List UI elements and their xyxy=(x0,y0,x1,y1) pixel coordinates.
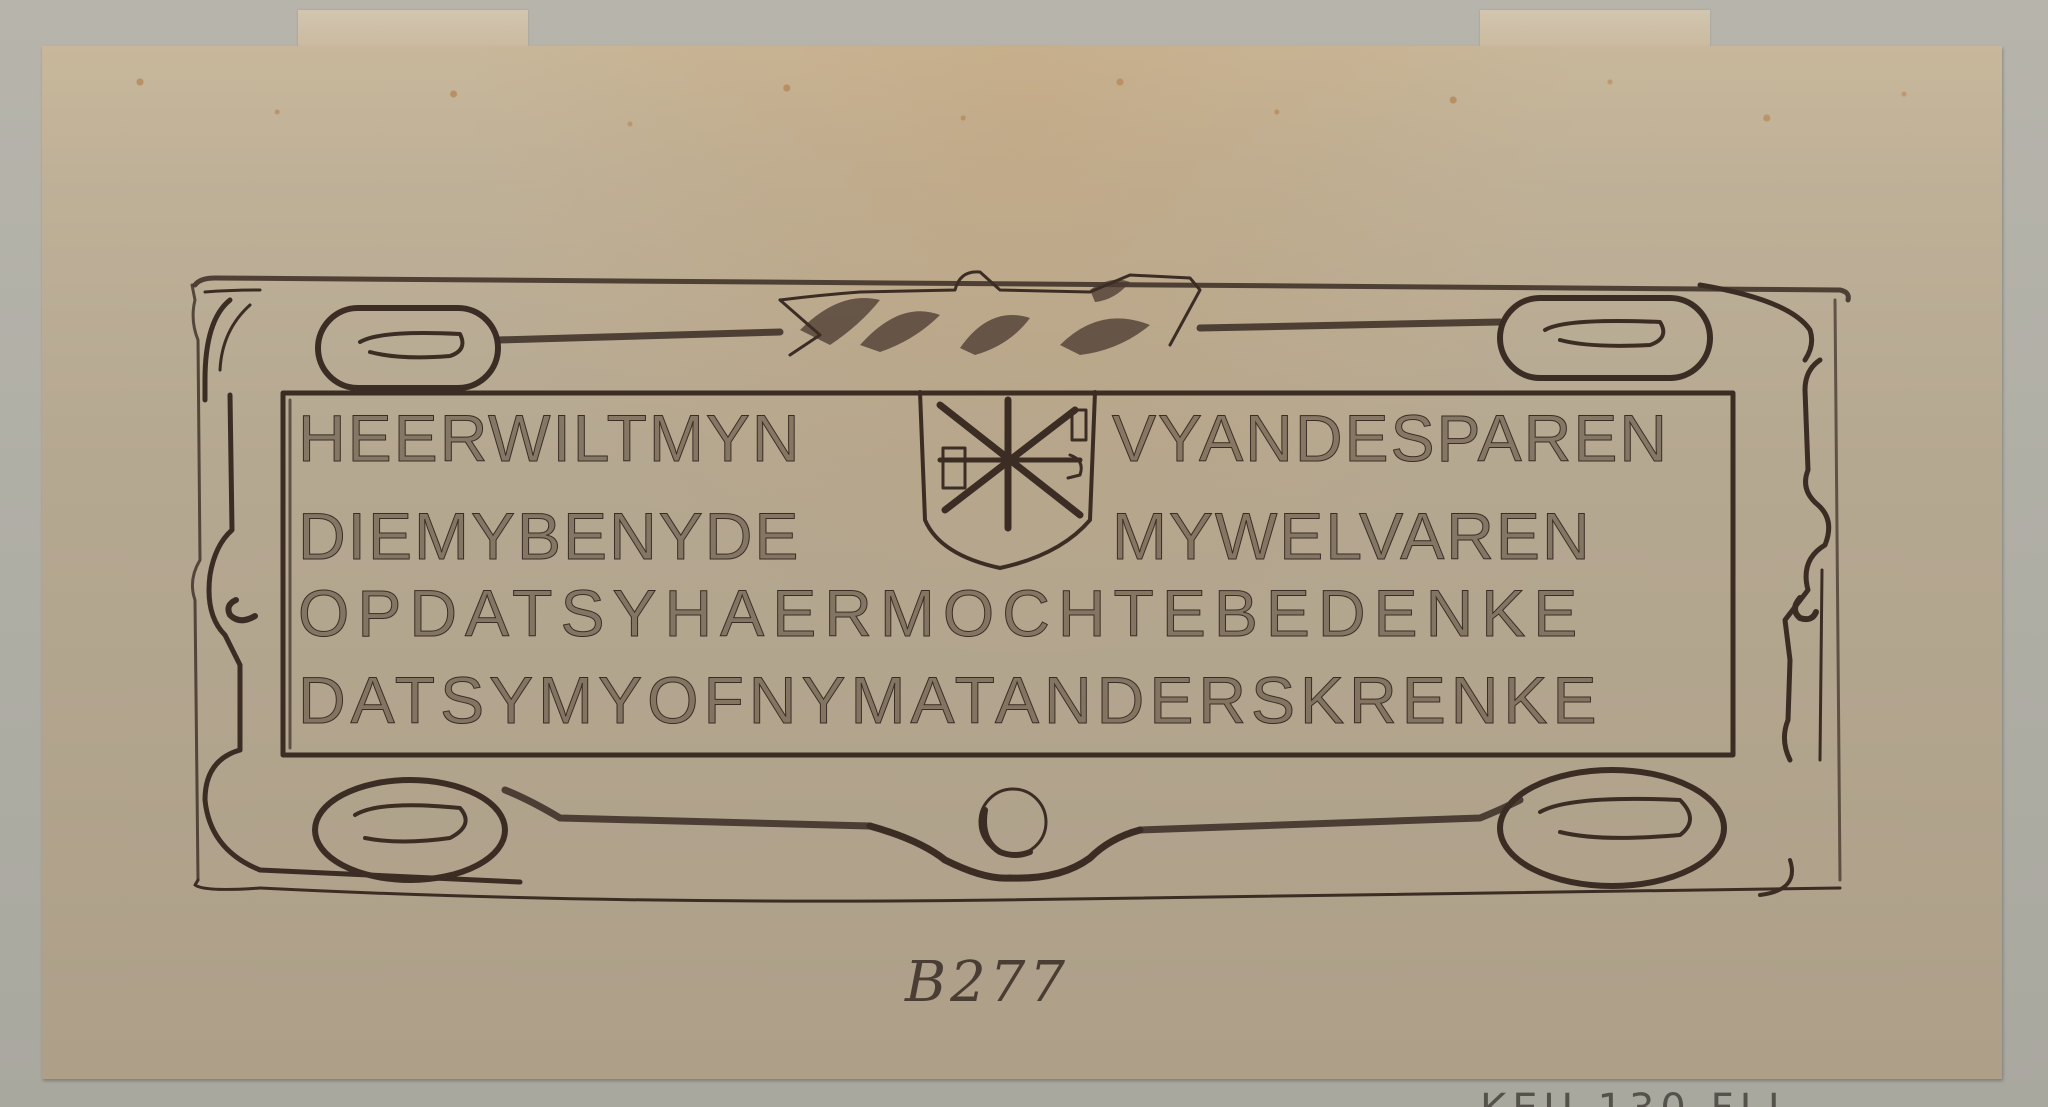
leaf-ornament xyxy=(800,280,1150,355)
inscription-line-3: OPDATSYHAERMOCHTEBEDENKE xyxy=(298,580,1585,646)
mount-handwritten-note: KEU 130 FLL xyxy=(1480,1080,1796,1107)
inscription-line-1-left: HEERWILTMYN xyxy=(298,405,802,471)
inscription-line-2-left: DIEMYBENYDE xyxy=(298,503,800,569)
inscription-line-4: DATSYMYOFNYMATANDERSKRENKE xyxy=(298,667,1601,733)
inscription-line-2-right: MYWELVAREN xyxy=(1112,503,1592,569)
inscription-line-1-right: VYANDESPAREN xyxy=(1112,405,1669,471)
shield-emblem-icon xyxy=(920,392,1095,568)
catalog-number: B277 xyxy=(905,950,1069,1015)
